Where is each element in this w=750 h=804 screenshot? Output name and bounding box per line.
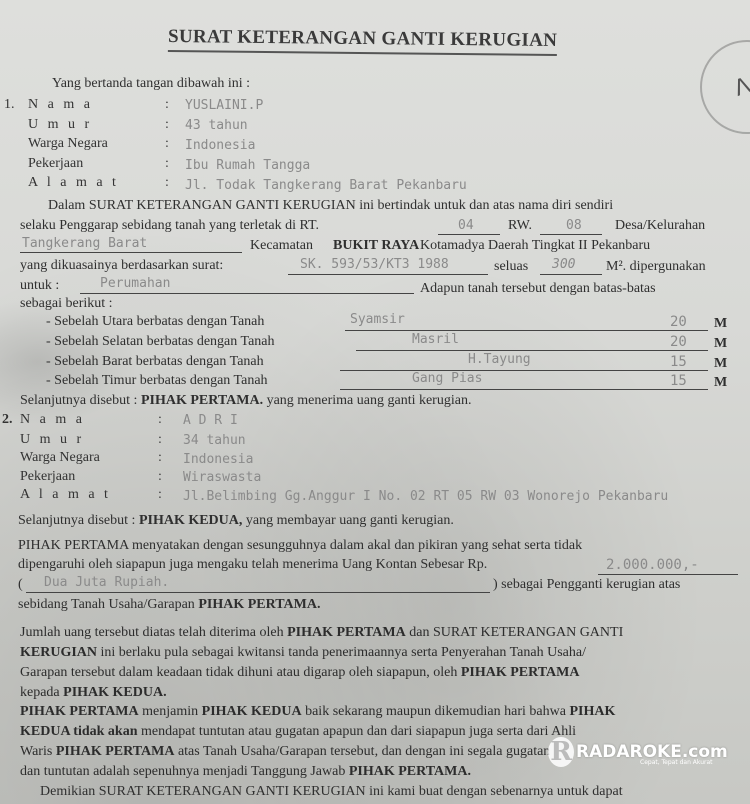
party1-nama-label: N a m a (28, 97, 93, 113)
party2-alamat-value: Jl.Belimbing Gg.Anggur I No. 02 RT 05 RW… (183, 489, 668, 504)
colon: : (165, 117, 169, 133)
boundary-label: - Sebelah Utara berbatas dengan Tanah (46, 314, 264, 330)
colon: : (165, 175, 169, 191)
role-name: PIHAK (569, 704, 615, 719)
boundary-line (340, 370, 708, 371)
rt-line (438, 234, 500, 235)
boundary-owner: Gang Pias (412, 371, 482, 386)
boundary-label: - Sebelah Timur berbatas dengan Tanah (46, 373, 268, 389)
party2-umur-label: U m u r (20, 432, 84, 448)
statement-line5a: untuk : (20, 278, 59, 294)
statement-line2a: selaku Penggarap sebidang tanah yang ter… (20, 218, 319, 234)
text: kepada (20, 685, 60, 700)
amount-value: 2.000.000,- (606, 557, 699, 573)
boundary-owner: Masril (412, 332, 459, 347)
luas-line (540, 274, 602, 275)
text: ini berlaku pula sebagai kwitansi tanda … (101, 645, 586, 660)
party1-alamat-label: A l a m a t (28, 175, 119, 191)
boundary-owner: H.Tayung (468, 352, 531, 367)
party1-alamat-value: Jl. Todak Tangkerang Barat Pekanbaru (185, 178, 467, 193)
payment-line3: ) sebagai Pengganti kerugian atas (493, 577, 680, 593)
boundary-length: 20 (670, 334, 687, 350)
untuk-value: Perumahan (100, 276, 170, 291)
boundary-line (340, 389, 708, 390)
role-name: PIHAK PERTAMA. (198, 597, 320, 612)
role-suffix: yang menerima uang ganti kerugian. (267, 393, 472, 408)
colon: : (165, 136, 169, 152)
boundary-label: - Sebelah Selatan berbatas dengan Tanah (46, 334, 275, 350)
boundary-length: 15 (670, 354, 687, 370)
party1-warga-value: Indonesia (185, 138, 255, 153)
closing-line: Demikian SURAT KETERANGAN GANTI KERUGIAN… (40, 784, 623, 800)
role-name: PIHAK PERTAMA (18, 538, 128, 553)
role-name: PIHAK PERTAMA (56, 744, 175, 759)
role-name: KEDUA tidak akan (20, 724, 137, 739)
text: menjamin (142, 704, 198, 719)
document-title: SURAT KETERANGAN GANTI KERUGIAN (168, 26, 557, 56)
role-name: PIHAK PERTAMA. (141, 393, 263, 408)
party1-pekerjaan-value: Ibu Rumah Tangga (185, 158, 310, 173)
role-prefix: Selanjutnya disebut : (18, 513, 135, 528)
watermark: R RADAROKE.com Cepat, Tepat dan Akurat (548, 737, 728, 767)
payment-line2: dipengaruhi oleh siapapun juga mengaku t… (18, 557, 487, 573)
party1-umur-value: 43 tahun (185, 118, 248, 133)
party2-warga-label: Warga Negara (20, 450, 100, 466)
boundary-length: 20 (670, 314, 687, 330)
role-name: PIHAK KEDUA (202, 704, 302, 719)
luas-value: 300 (552, 257, 575, 272)
colon: : (158, 450, 162, 466)
kecamatan-value: BUKIT RAYA (333, 238, 419, 254)
rt-value: 04 (458, 218, 474, 233)
role-name: PIHAK PERTAMA (20, 704, 139, 719)
role-name: PIHAK PERTAMA. (349, 764, 471, 779)
role-prefix: Selanjutnya disebut : (20, 393, 137, 408)
party1-number: 1. (4, 97, 15, 113)
party2-nama-label: N a m a (20, 412, 85, 428)
party2-alamat-label: A l a m a t (20, 487, 111, 503)
boundary-unit: M (714, 356, 727, 372)
receipt-paragraph: Jumlah uang tersebut diatas telah diteri… (20, 623, 738, 703)
statement-line4a: yang dikuasainya berdasarkan surat: (20, 258, 223, 274)
untuk-line (80, 293, 414, 294)
party2-nama-value: A D R I (183, 413, 238, 428)
statement-line3a: Kecamatan (250, 238, 313, 254)
amount-line (598, 574, 738, 575)
text: baik sekarang maupun dikemudian hari bah… (305, 704, 566, 719)
boundary-owner: Syamsir (350, 312, 405, 327)
rw-value: 08 (566, 218, 582, 233)
party1-umur-label: U m u r (28, 117, 92, 133)
statement-line1: Dalam SURAT KETERANGAN GANTI KERUGIAN in… (48, 198, 613, 214)
party2-warga-value: Indonesia (183, 452, 253, 467)
statement-line2c: Desa/Kelurahan (615, 218, 705, 234)
boundary-length: 15 (670, 373, 687, 389)
paren-open: ( (18, 577, 23, 593)
role-suffix: yang membayar uang ganti kerugian. (246, 513, 454, 528)
party2-umur-value: 34 tahun (183, 433, 246, 448)
boundary-line (345, 330, 708, 331)
surat-line (288, 274, 488, 275)
watermark-tagline: Cepat, Tepat dan Akurat (640, 759, 713, 766)
text: atas Tanah Usaha/Garapan tersebut, dan d… (178, 744, 550, 759)
party1-role-line: Selanjutnya disebut : PIHAK PERTAMA. yan… (20, 393, 471, 409)
party2-pekerjaan-value: Wiraswasta (183, 470, 261, 485)
payment-text: sebidang Tanah Usaha/Garapan (18, 597, 195, 612)
payment-line1: PIHAK PERTAMA menyatakan dengan sesunggu… (18, 538, 582, 554)
role-name: PIHAK KEDUA, (139, 513, 242, 528)
statement-line4b: seluas (494, 259, 528, 275)
role-name: KERUGIAN (20, 645, 97, 660)
amount-words-value: Dua Juta Rupiah. (44, 575, 169, 590)
colon: : (158, 412, 162, 428)
party1-pekerjaan-label: Pekerjaan (28, 156, 83, 172)
text: dan SURAT KETERANGAN GANTI (409, 625, 623, 640)
party1-warga-label: Warga Negara (28, 136, 108, 152)
text: Jumlah uang tersebut diatas telah diteri… (20, 625, 284, 640)
role-name: PIHAK PERTAMA (287, 625, 406, 640)
boundary-unit: M (714, 336, 727, 352)
surat-value: SK. 593/53/KT3 1988 (300, 257, 449, 272)
party2-pekerjaan-label: Pekerjaan (20, 469, 75, 485)
party1-nama-value: YUSLAINI.P (185, 98, 263, 113)
rw-line (540, 234, 602, 235)
text: mendapat tuntutan atau gugatan apapun da… (141, 724, 576, 739)
colon: : (158, 487, 162, 503)
party2-number: 2. (2, 412, 13, 428)
boundary-unit: M (714, 316, 727, 332)
amount-words-line (26, 592, 490, 593)
text: dan tuntutan adalah sepenuhnya menjadi T… (20, 764, 345, 779)
colon: : (165, 97, 169, 113)
colon: : (165, 156, 169, 172)
boundary-line (356, 350, 708, 351)
boundary-label: - Sebelah Barat berbatas dengan Tanah (46, 354, 264, 370)
statement-line6: sebagai berikut : (20, 296, 113, 312)
kelurahan-line (20, 252, 242, 253)
role-name: PIHAK PERTAMA (461, 665, 580, 680)
text: Garapan tersebut dalam keadaan tidak dih… (20, 665, 457, 680)
text: Waris (20, 744, 52, 759)
role-name: PIHAK KEDUA. (63, 685, 166, 700)
statement-line2b: RW. (508, 218, 532, 234)
boundary-unit: M (714, 375, 727, 391)
kelurahan-value: Tangkerang Barat (22, 236, 147, 251)
statement-line4c: M². dipergunakan (606, 259, 706, 275)
colon: : (158, 469, 162, 485)
payment-line4: sebidang Tanah Usaha/Garapan PIHAK PERTA… (18, 597, 320, 613)
payment-text: menyatakan dengan sesungguhnya dalam aka… (132, 538, 582, 553)
colon: : (158, 432, 162, 448)
party2-role-line: Selanjutnya disebut : PIHAK KEDUA, yang … (18, 513, 454, 529)
statement-line3b: Kotamadya Daerah Tingkat II Pekanbaru (420, 238, 650, 254)
statement-line5b: Adapun tanah tersebut dengan batas-batas (420, 281, 656, 297)
intro-text: Yang bertanda tangan dibawah ini : (52, 76, 250, 92)
watermark-logo-icon: R (548, 737, 574, 767)
